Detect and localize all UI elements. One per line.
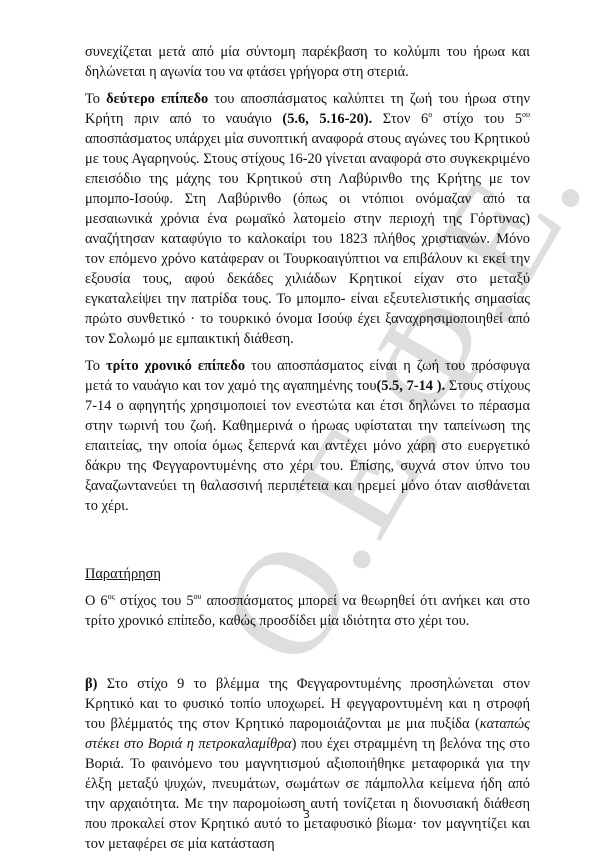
verse-reference: (5.6, 5.16-20). [282, 111, 372, 127]
text: Στον 6 [372, 111, 428, 127]
text: αποσπάσματος υπάρχει μία συνοπτική αναφο… [85, 131, 530, 347]
note-paragraph: Ο 6ος στίχος του 5ου αποσπάσματος μπορεί… [85, 591, 530, 631]
text: στίχο του 5 [432, 111, 522, 127]
bold-term: δεύτερο επίπεδο [106, 91, 208, 107]
page-body: συνεχίζεται μετά από μία σύντομη παρέκβα… [85, 42, 530, 854]
superscript: ος [108, 592, 115, 601]
text: Στο στίχο 9 το βλέμμα της Φεγγαροντυμένη… [85, 676, 530, 732]
note-heading: Παρατήρηση [85, 564, 530, 584]
page-number: 3 [0, 808, 613, 821]
document-page: Ο.Ε.Φ.Ε. συνεχίζεται μετά από μία σύντομ… [0, 0, 613, 864]
paragraph-b: β) Στο στίχο 9 το βλέμμα της Φεγγαροντυμ… [85, 674, 530, 854]
note-heading-text: Παρατήρηση [85, 566, 161, 582]
paragraph-continuation: συνεχίζεται μετά από μία σύντομη παρέκβα… [85, 42, 530, 82]
verse-reference: (5.5, 7-14 ). [376, 378, 445, 394]
bold-term: τρίτο χρονικό επίπεδο [106, 358, 245, 374]
text: στίχος του 5 [115, 593, 194, 609]
paragraph-third-level: Το τρίτο χρονικό επίπεδο του αποσπάσματο… [85, 356, 530, 516]
text: Ο 6 [85, 593, 108, 609]
superscript: ου [522, 110, 530, 119]
text: Στους στίχους 7-14 ο αφηγητής χρησιμοποι… [85, 378, 530, 514]
text: ) που έχει στραμμένη τη βελόνα της στο Β… [85, 736, 530, 852]
text: Το [85, 358, 106, 374]
item-label: β) [85, 676, 97, 692]
text: Το [85, 91, 106, 107]
paragraph-second-level: Το δεύτερο επίπεδο του αποσπάσματος καλύ… [85, 89, 530, 349]
